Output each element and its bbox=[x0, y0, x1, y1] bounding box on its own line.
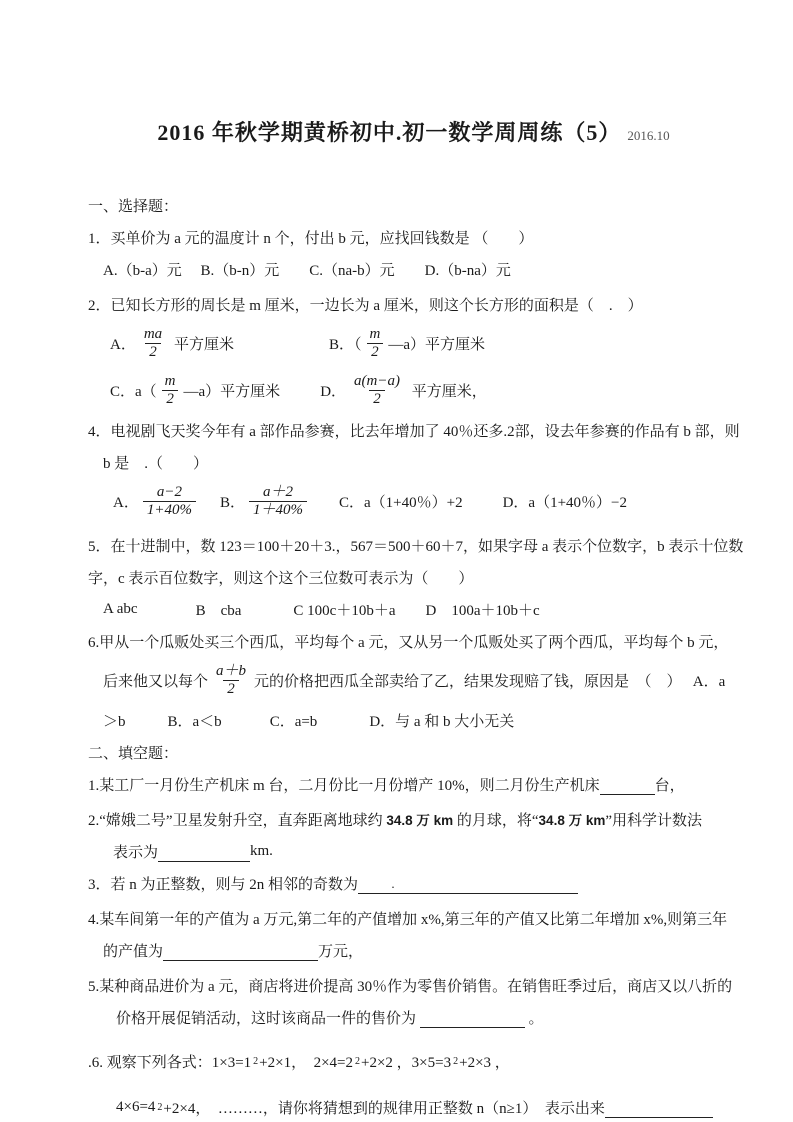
text-run: km. bbox=[250, 843, 273, 860]
fraction-denominator: 2 bbox=[162, 390, 178, 408]
text-run: 4．电视剧飞天奖今年有 a 部作品参赛，比去年增加了 40％还多.2部，设去年参… bbox=[88, 420, 740, 441]
superscript-exponent: 2 bbox=[355, 1056, 360, 1067]
text-run: C 100c＋10b＋a bbox=[293, 599, 395, 620]
text-run: 3．若 n 为正整数，则与 2n 相邻的奇数为 bbox=[88, 873, 358, 894]
fraction: a＋21＋40% bbox=[249, 484, 307, 520]
answer-blank bbox=[158, 842, 250, 862]
text-run: C．a（1+40％）+2 bbox=[339, 491, 463, 512]
q5-options: A abcB cbaC 100c＋10b＋aD 100a＋10b＋c bbox=[88, 593, 713, 625]
text-run: 。 bbox=[525, 1007, 544, 1028]
text-run: 二、填空题： bbox=[88, 742, 178, 763]
text-run: 6.甲从一个瓜贩处买三个西瓜，平均每个 a 元，又从另一个瓜贩处买了两个西瓜，平… bbox=[88, 631, 728, 652]
fraction-denominator: 2 bbox=[369, 390, 385, 408]
blank5-text-1: 5.某种商品进价为 a 元，商店将进价提高 30％作为零售价销售。在销售旺季过后… bbox=[88, 969, 713, 1001]
text-run: —a）平方厘米 bbox=[388, 333, 485, 354]
document-lines: 一、选择题：1．买单价为 a 元的温度计 n 个，付出 b 元，应找回钱数是 （… bbox=[88, 189, 713, 1122]
text-run: 5．在十进制中，数 123＝100＋20＋3.，567＝500＋60＋7，如果字… bbox=[88, 535, 743, 556]
q6-options: ＞bB．a＜bC．a=bD．与 a 和 b 大小无关 bbox=[88, 704, 713, 736]
text-run: A． bbox=[110, 333, 136, 354]
blank3-text: 3．若 n 为正整数，则与 2n 相邻的奇数为. bbox=[88, 867, 713, 899]
q2-options-ab: A．ma2 平方厘米B．（m2—a）平方厘米 bbox=[88, 320, 713, 367]
q2-text: 2．已知长方形的周长是 m 厘米，一边长为 a 厘米，则这个长方形的面积是（ .… bbox=[88, 288, 713, 320]
superscript-exponent: 2 bbox=[157, 1102, 162, 1113]
fraction-numerator: a−2 bbox=[153, 484, 186, 501]
fraction-denominator: 2 bbox=[223, 680, 239, 698]
fraction-numerator: a(m−a) bbox=[350, 373, 404, 390]
answer-blank bbox=[605, 1098, 713, 1118]
q1-text: 1．买单价为 a 元的温度计 n 个，付出 b 元，应找回钱数是 （ ） bbox=[88, 221, 713, 253]
section-choice-header: 一、选择题： bbox=[88, 189, 713, 221]
text-run: 1.某工厂一月份生产机床 m 台，二月份比一月份增产 10%，则二月份生产机床 bbox=[88, 774, 600, 795]
text-run: B cba bbox=[196, 599, 242, 620]
blank5-text-2: 价格开展促销活动，这时该商品一件的售价为 。 bbox=[88, 1001, 713, 1033]
text-run: +2×3 ， bbox=[459, 1051, 510, 1072]
fraction: m2 bbox=[161, 373, 180, 409]
text-run: 5.某种商品进价为 a 元，商店将进价提高 30％作为零售价销售。在销售旺季过后… bbox=[88, 975, 732, 996]
text-run: ”用科学计数法 bbox=[605, 809, 702, 830]
blank1-text: 1.某工厂一月份生产机床 m 台，二月份比一月份增产 10%，则二月份生产机床台… bbox=[88, 768, 713, 800]
text-run: 的月球，将“ bbox=[453, 809, 538, 830]
fraction: m2 bbox=[365, 326, 384, 362]
text-run: 4.某车间第一年的产值为 a 万元,第二年的产值增加 x%,第三年的产值又比第二… bbox=[88, 908, 727, 929]
text-run: B． bbox=[220, 491, 245, 512]
answer-blank: . bbox=[358, 874, 428, 894]
fraction-denominator: 1+40% bbox=[143, 501, 196, 519]
spacer bbox=[463, 501, 503, 502]
text-run: +2×2 ，3×5=3 bbox=[361, 1051, 451, 1072]
title-date: 2016.10 bbox=[627, 128, 669, 143]
fraction-numerator: m bbox=[161, 373, 180, 390]
spacer bbox=[280, 390, 320, 391]
text-run: B．（ bbox=[329, 333, 362, 354]
text-run: 2.“嫦娥二号”卫星发射升空，直奔距离地球约 bbox=[88, 809, 386, 830]
text-run: 元的价格把西瓜全部卖给了乙，结果发现赔了钱，原因是 （ ） A．a bbox=[254, 670, 725, 691]
text-run: 万元， bbox=[318, 940, 363, 961]
fraction-numerator: ma bbox=[140, 326, 166, 343]
spacer bbox=[138, 609, 196, 610]
blank4-text-1: 4.某车间第一年的产值为 a 万元,第二年的产值增加 x%,第三年的产值又比第二… bbox=[88, 902, 713, 934]
highlighted-value: 34.8 万 km bbox=[386, 809, 453, 829]
text-run: C．a=b bbox=[270, 710, 318, 731]
q5-text-1: 5．在十进制中，数 123＝100＋20＋3.，567＝500＋60＋7，如果字… bbox=[88, 529, 713, 561]
fraction: a＋b2 bbox=[212, 663, 250, 699]
fraction-numerator: m bbox=[365, 326, 384, 343]
text-run: D．与 a 和 b 大小无关 bbox=[369, 710, 514, 731]
page-title: 2016 年秋学期黄桥初中.初一数学周周练（5）2016.10 bbox=[88, 90, 713, 173]
spacer bbox=[395, 609, 425, 610]
q4-text-1: 4．电视剧飞天奖今年有 a 部作品参赛，比去年增加了 40％还多.2部，设去年参… bbox=[88, 414, 713, 446]
text-run: B．a＜b bbox=[168, 710, 222, 731]
text-run: D． bbox=[320, 380, 346, 401]
spacer bbox=[311, 501, 339, 502]
q6-text-1: 6.甲从一个瓜贩处买三个西瓜，平均每个 a 元，又从另一个瓜贩处买了两个西瓜，平… bbox=[88, 625, 713, 657]
blank6-text-1: .6. 观察下列各式：1×3=12+2×1， 2×4=22+2×2 ，3×5=3… bbox=[88, 1045, 713, 1077]
text-run: D．a（1+40％）−2 bbox=[503, 491, 627, 512]
q2-options-cd: C．a（m2—a）平方厘米D．a(m−a)2 平方厘米， bbox=[88, 367, 713, 414]
q5-text-2: 字，c 表示百位数字，则这个这个三位数可表示为（ ） bbox=[88, 561, 713, 593]
title-text: 2016 年秋学期黄桥初中.初一数学周周练（5） bbox=[157, 120, 621, 145]
text-run: A． bbox=[113, 491, 139, 512]
text-run: 平方厘米 bbox=[170, 333, 234, 354]
blank2-text-1: 2.“嫦娥二号”卫星发射升空，直奔距离地球约 34.8 万 km 的月球，将“3… bbox=[88, 803, 713, 835]
text-run: A.（b-a）元 B.（b-n）元 C.（na-b）元 D.（b-na）元 bbox=[103, 259, 511, 280]
text-run: 4×6=4 bbox=[116, 1099, 155, 1116]
fraction-denominator: 1＋40% bbox=[249, 501, 307, 519]
section-blank-header: 二、填空题： bbox=[88, 736, 713, 768]
blank4-text-2: 的产值为万元， bbox=[88, 934, 713, 966]
text-run: 平方厘米， bbox=[408, 380, 487, 401]
spacer bbox=[241, 609, 293, 610]
spacer bbox=[222, 720, 270, 721]
text-run: 一、选择题： bbox=[88, 195, 178, 216]
spacer bbox=[126, 720, 168, 721]
text-run: 后来他又以每个 bbox=[103, 670, 208, 691]
fraction-numerator: a＋b bbox=[212, 663, 250, 680]
superscript-exponent: 2 bbox=[453, 1056, 458, 1067]
answer-blank bbox=[163, 941, 318, 961]
text-run: b 是 .（ ） bbox=[103, 452, 208, 473]
text-run: 字，c 表示百位数字，则这个这个三位数可表示为（ ） bbox=[88, 567, 473, 588]
superscript-exponent: 2 bbox=[253, 1056, 258, 1067]
text-run: ＞b bbox=[103, 710, 126, 731]
text-run: A abc bbox=[103, 601, 138, 618]
highlighted-value: 34.8 万 km bbox=[539, 809, 606, 829]
text-run: —a）平方厘米 bbox=[184, 380, 281, 401]
q4-text-2: b 是 .（ ） bbox=[88, 446, 713, 478]
text-run: 的产值为 bbox=[103, 940, 163, 961]
fraction-numerator: a＋2 bbox=[259, 484, 297, 501]
answer-blank bbox=[600, 775, 655, 795]
q1-options: A.（b-a）元 B.（b-n）元 C.（na-b）元 D.（b-na）元 bbox=[88, 253, 713, 285]
spacer bbox=[200, 501, 220, 502]
fraction-denominator: 2 bbox=[367, 343, 383, 361]
text-run: +2×4， ………，请你将猜想到的规律用正整数 n（n≥1） 表示出来 bbox=[163, 1097, 604, 1118]
worksheet-page: 2016 年秋学期黄桥初中.初一数学周周练（5）2016.10 一、选择题：1．… bbox=[0, 0, 793, 1122]
text-run: 1．买单价为 a 元的温度计 n 个，付出 b 元，应找回钱数是 （ ） bbox=[88, 227, 533, 248]
text-run: 价格开展促销活动，这时该商品一件的售价为 bbox=[116, 1007, 420, 1028]
fraction: a−21+40% bbox=[143, 484, 196, 520]
q4-options: A．a−21+40%B．a＋21＋40%C．a（1+40％）+2D．a（1+40… bbox=[88, 478, 713, 525]
fraction: ma2 bbox=[140, 326, 166, 362]
blank6-text-2: 4×6=42+2×4， ………，请你将猜想到的规律用正整数 n（n≥1） 表示出… bbox=[88, 1091, 713, 1122]
answer-blank bbox=[420, 1008, 525, 1028]
text-run: 台， bbox=[655, 774, 685, 795]
text-run: +2×1， 2×4=2 bbox=[259, 1051, 353, 1072]
q6-text-2: 后来他又以每个a＋b2元的价格把西瓜全部卖给了乙，结果发现赔了钱，原因是 （ ）… bbox=[88, 657, 713, 704]
fraction: a(m−a)2 bbox=[350, 373, 404, 409]
blank2-text-2: 表示为km. bbox=[88, 835, 713, 867]
text-run: D 100a＋10b＋c bbox=[425, 599, 539, 620]
text-run: .6. 观察下列各式：1×3=1 bbox=[88, 1051, 251, 1072]
text-run: 表示为 bbox=[113, 841, 158, 862]
spacer bbox=[234, 343, 329, 344]
fraction-denominator: 2 bbox=[145, 343, 161, 361]
spacer bbox=[317, 720, 369, 721]
answer-blank bbox=[428, 874, 578, 894]
text-run: 2．已知长方形的周长是 m 厘米，一边长为 a 厘米，则这个长方形的面积是（ .… bbox=[88, 294, 643, 315]
text-run: C．a（ bbox=[110, 380, 157, 401]
